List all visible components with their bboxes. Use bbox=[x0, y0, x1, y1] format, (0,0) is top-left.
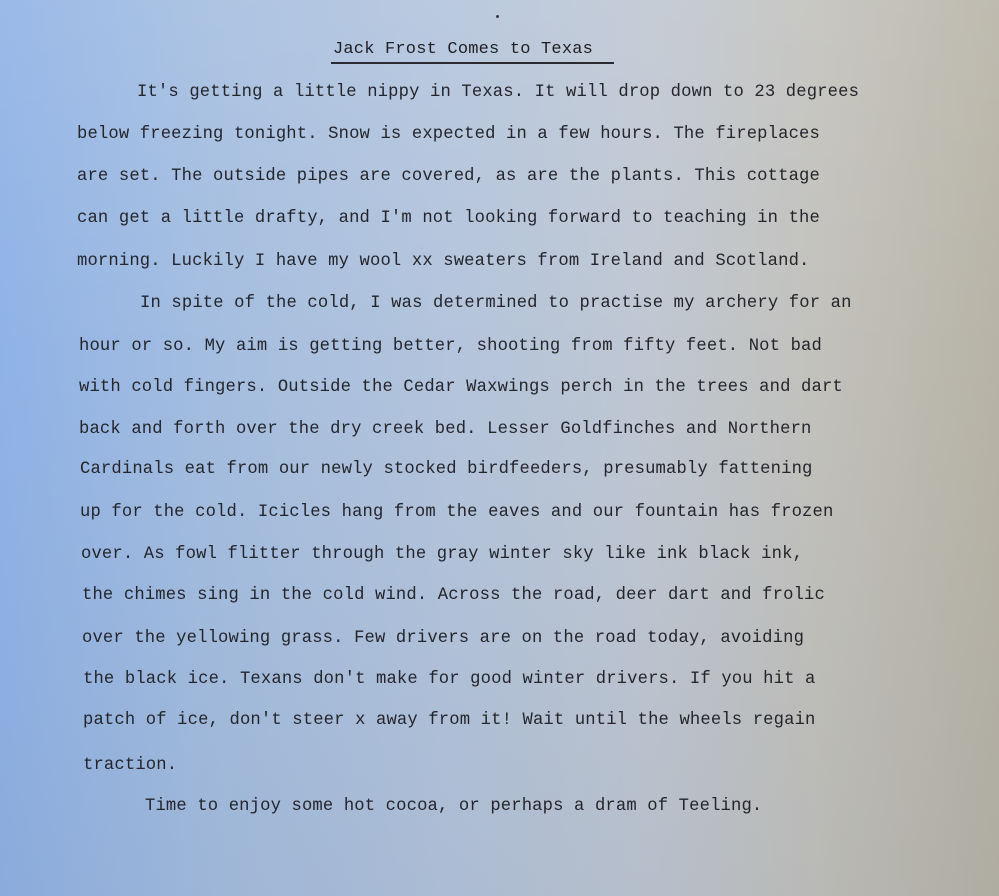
paragraph-2-line-2: hour or so. My aim is getting better, sh… bbox=[79, 337, 822, 356]
paragraph-1-line-3: are set. The outside pipes are covered, … bbox=[77, 167, 820, 186]
typewritten-page: Jack Frost Comes to Texas It's getting a… bbox=[0, 0, 999, 896]
paragraph-2-line-4: back and forth over the dry creek bed. L… bbox=[79, 420, 812, 439]
paragraph-2-line-3: with cold fingers. Outside the Cedar Wax… bbox=[79, 378, 843, 397]
paragraph-2-line-12: traction. bbox=[83, 756, 177, 775]
paragraph-2-line-10: the black ice. Texans don't make for goo… bbox=[83, 670, 816, 689]
paragraph-2-line-1: In spite of the cold, I was determined t… bbox=[140, 294, 852, 313]
paragraph-2-line-7: over. As fowl flitter through the gray w… bbox=[81, 545, 803, 564]
paragraph-1-line-5: morning. Luckily I have my wool xx sweat… bbox=[77, 252, 810, 271]
paragraph-2-line-6: up for the cold. Icicles hang from the e… bbox=[80, 503, 833, 522]
paragraph-3-line-1: Time to enjoy some hot cocoa, or perhaps… bbox=[145, 797, 762, 816]
paragraph-2-line-5: Cardinals eat from our newly stocked bir… bbox=[80, 460, 813, 479]
paragraph-1-line-4: can get a little drafty, and I'm not loo… bbox=[77, 209, 820, 228]
document-title: Jack Frost Comes to Texas bbox=[333, 40, 593, 59]
title-underline bbox=[331, 62, 614, 64]
paper-speck bbox=[496, 15, 499, 18]
paragraph-1-line-1: It's getting a little nippy in Texas. It… bbox=[137, 83, 859, 102]
paragraph-1-line-2: below freezing tonight. Snow is expected… bbox=[77, 125, 820, 144]
paragraph-2-line-11: patch of ice, don't steer x away from it… bbox=[83, 711, 816, 730]
paragraph-2-line-8: the chimes sing in the cold wind. Across… bbox=[82, 586, 825, 605]
paragraph-2-line-9: over the yellowing grass. Few drivers ar… bbox=[82, 629, 804, 648]
